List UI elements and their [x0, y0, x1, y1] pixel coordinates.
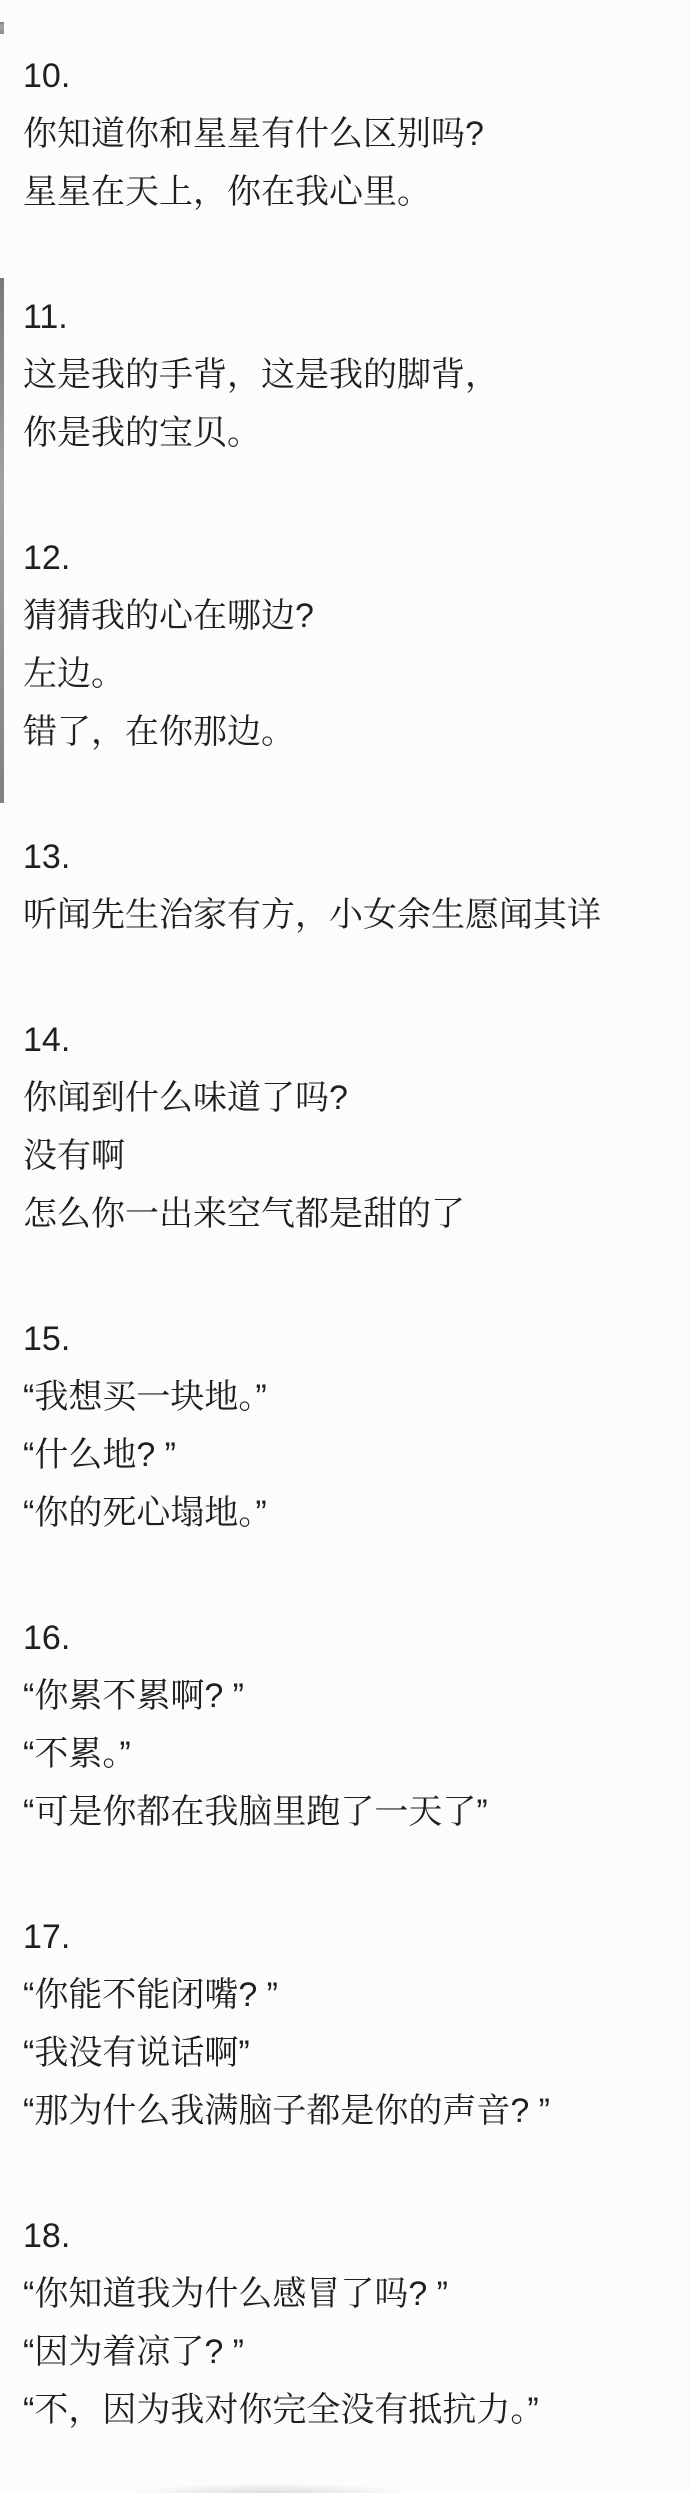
joke-line: 左边。 — [23, 645, 672, 703]
joke-line: “什么地? ” — [23, 1426, 672, 1484]
joke-line: “不累。” — [23, 1725, 672, 1783]
item-number: 14. — [23, 1011, 672, 1069]
joke-item-17: 17. “你能不能闭嘴? ” “我没有说话啊” “那为什么我满脑子都是你的声音?… — [23, 1908, 672, 2140]
joke-line: “你知道我为什么感冒了吗? ” — [23, 2265, 672, 2323]
joke-item-12: 12. 猜猜我的心在哪边? 左边。 错了，在你那边。 — [23, 529, 672, 761]
joke-line: 猜猜我的心在哪边? — [23, 587, 672, 645]
joke-item-16: 16. “你累不累啊? ” “不累。” “可是你都在我脑里跑了一天了” — [23, 1609, 672, 1841]
joke-line: 错了，在你那边。 — [23, 703, 672, 761]
joke-line: 这是我的手背，这是我的脚背， — [23, 346, 672, 404]
joke-line: “那为什么我满脑子都是你的声音? ” — [23, 2082, 672, 2140]
item-number: 12. — [23, 529, 672, 587]
item-number: 17. — [23, 1908, 672, 1966]
joke-line: 你闻到什么味道了吗? — [23, 1069, 672, 1127]
joke-list: 10. 你知道你和星星有什么区别吗? 星星在天上，你在我心里。 11. 这是我的… — [0, 0, 690, 2439]
joke-line: 你知道你和星星有什么区别吗? — [23, 105, 672, 163]
joke-line: “我没有说话啊” — [23, 2024, 672, 2082]
joke-line: “你的死心塌地。” — [23, 1484, 672, 1542]
joke-line: 你是我的宝贝。 — [23, 404, 672, 462]
joke-line: 没有啊 — [23, 1127, 672, 1185]
joke-line: 怎么你一出来空气都是甜的了 — [23, 1185, 672, 1243]
joke-item-18: 18. “你知道我为什么感冒了吗? ” “因为着凉了? ” “不，因为我对你完全… — [23, 2207, 672, 2439]
joke-line: “不，因为我对你完全没有抵抗力。” — [23, 2381, 672, 2439]
joke-item-10: 10. 你知道你和星星有什么区别吗? 星星在天上，你在我心里。 — [23, 47, 672, 221]
joke-line: “你累不累啊? ” — [23, 1667, 672, 1725]
item-number: 11. — [23, 288, 672, 346]
joke-item-15: 15. “我想买一块地。” “什么地? ” “你的死心塌地。” — [23, 1310, 672, 1542]
joke-item-11: 11. 这是我的手背，这是我的脚背， 你是我的宝贝。 — [23, 288, 672, 462]
item-number: 16. — [23, 1609, 672, 1667]
joke-line: 星星在天上，你在我心里。 — [23, 163, 672, 221]
item-number: 10. — [23, 47, 672, 105]
joke-line: “可是你都在我脑里跑了一天了” — [23, 1783, 672, 1841]
screenshot-page: { "page": { "background_color": "#fcfcfa… — [0, 0, 690, 2493]
joke-line: “你能不能闭嘴? ” — [23, 1966, 672, 2024]
item-number: 18. — [23, 2207, 672, 2265]
joke-item-14: 14. 你闻到什么味道了吗? 没有啊 怎么你一出来空气都是甜的了 — [23, 1011, 672, 1243]
joke-item-13: 13. 听闻先生治家有方，小女余生愿闻其详 — [23, 828, 672, 944]
joke-line: 听闻先生治家有方，小女余生愿闻其详 — [23, 886, 672, 944]
item-number: 15. — [23, 1310, 672, 1368]
item-number: 13. — [23, 828, 672, 886]
bottom-edge-smudge — [130, 2483, 410, 2493]
joke-line: “因为着凉了? ” — [23, 2323, 672, 2381]
joke-line: “我想买一块地。” — [23, 1368, 672, 1426]
